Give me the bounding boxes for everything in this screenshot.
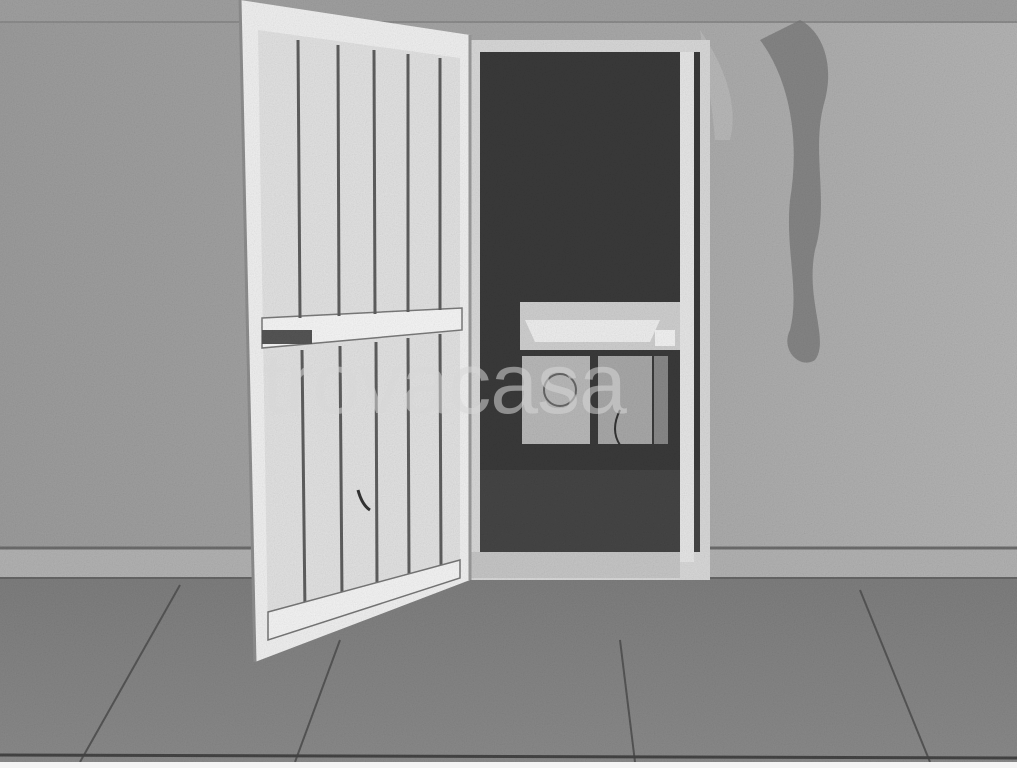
sink — [520, 302, 680, 445]
threshold — [470, 552, 680, 578]
door — [240, 0, 470, 662]
scene — [0, 0, 1017, 762]
photo: trovacasa — [0, 0, 1017, 762]
floor — [0, 578, 1017, 762]
bottom-border — [0, 762, 1017, 768]
